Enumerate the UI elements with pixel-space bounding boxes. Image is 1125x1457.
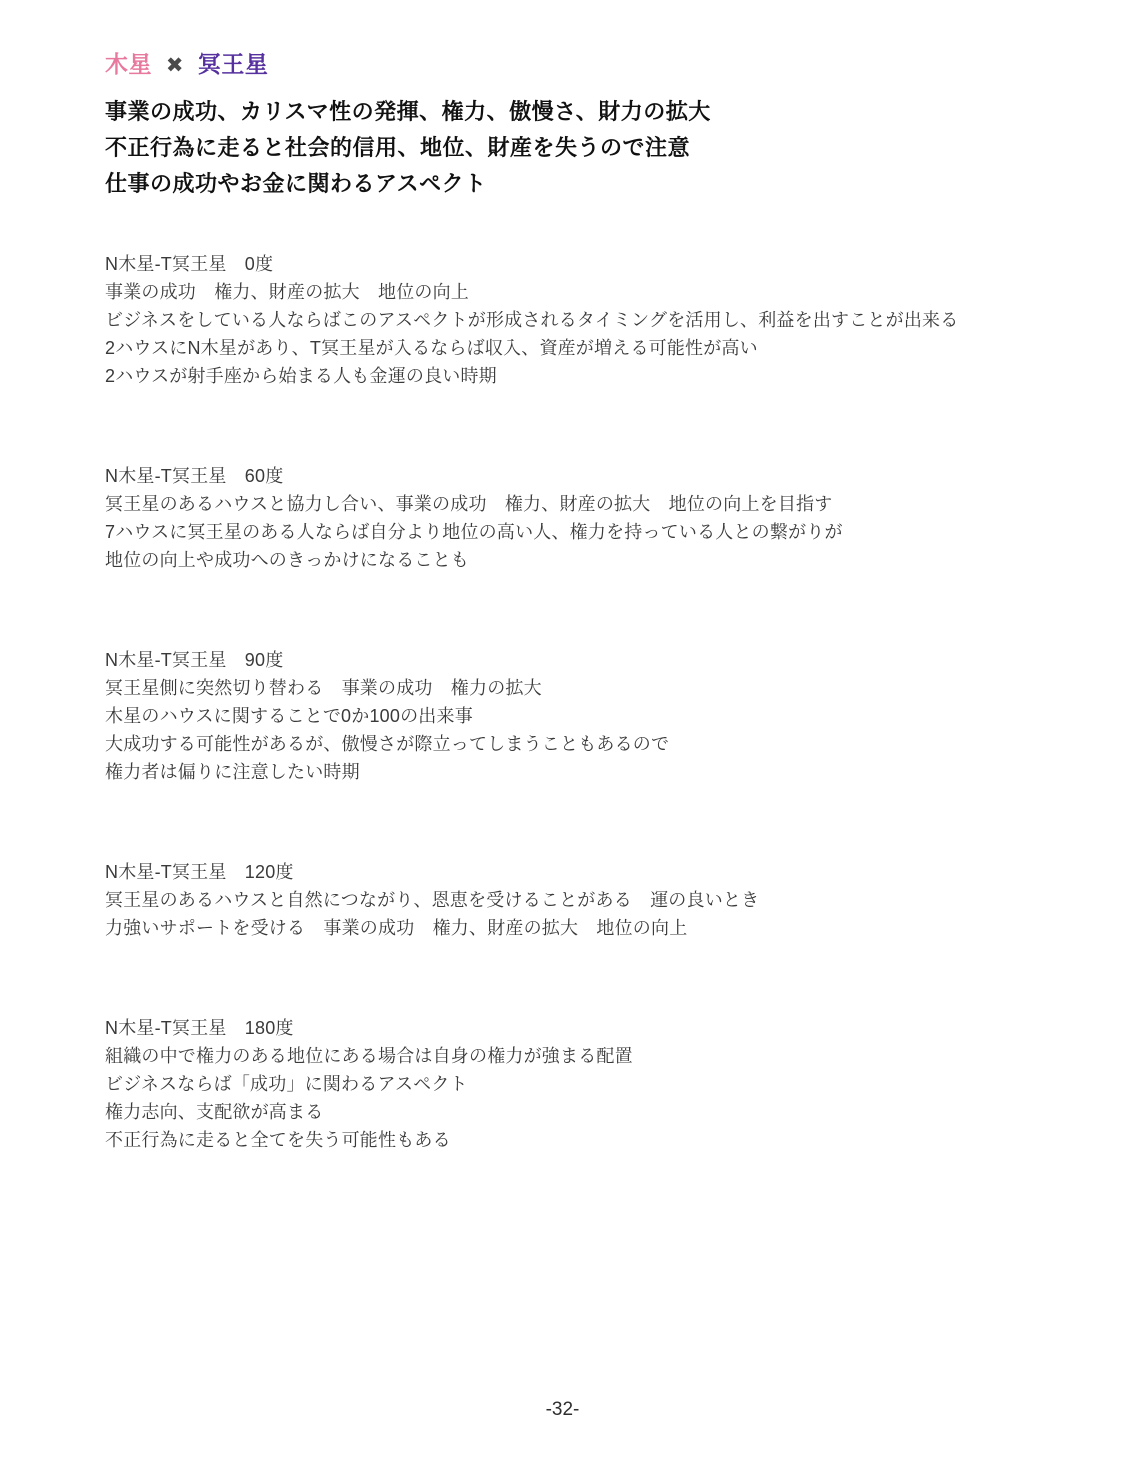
aspect-section-0deg: N木星-T冥王星 0度 事業の成功 権力、財産の拡大 地位の向上 ビジネスをして…: [105, 250, 1020, 390]
summary-block: 事業の成功、カリスマ性の発揮、権力、傲慢さ、財力の拡大 不正行為に走ると社会的信…: [105, 94, 1020, 202]
section-line: 冥王星側に突然切り替わる 事業の成功 権力の拡大: [105, 674, 1020, 702]
page-number: -32-: [546, 1399, 580, 1420]
aspect-section-60deg: N木星-T冥王星 60度 冥王星のあるハウスと協力し合い、事業の成功 権力、財産…: [105, 462, 1020, 574]
section-line: 2ハウスが射手座から始まる人も金運の良い時期: [105, 362, 1020, 390]
page-title: 木星 ✖ 冥王星: [105, 50, 1020, 80]
section-line: 冥王星のあるハウスと自然につながり、恩恵を受けることがある 運の良いとき: [105, 886, 1020, 914]
section-line: 大成功する可能性があるが、傲慢さが際立ってしまうこともあるので: [105, 730, 1020, 758]
document-page: 木星 ✖ 冥王星 事業の成功、カリスマ性の発揮、権力、傲慢さ、財力の拡大 不正行…: [0, 0, 1125, 1457]
section-line: 権力者は偏りに注意したい時期: [105, 758, 1020, 786]
section-heading: N木星-T冥王星 0度: [105, 250, 1020, 278]
section-line: 冥王星のあるハウスと協力し合い、事業の成功 権力、財産の拡大 地位の向上を目指す: [105, 490, 1020, 518]
section-line: ビジネスならば「成功」に関わるアスペクト: [105, 1070, 1020, 1098]
section-line: 組織の中で権力のある地位にある場合は自身の権力が強まる配置: [105, 1042, 1020, 1070]
section-line: 地位の向上や成功へのきっかけになることも: [105, 546, 1020, 574]
section-heading: N木星-T冥王星 90度: [105, 646, 1020, 674]
cross-icon: ✖: [166, 54, 184, 77]
aspect-section-90deg: N木星-T冥王星 90度 冥王星側に突然切り替わる 事業の成功 権力の拡大 木星…: [105, 646, 1020, 786]
summary-line: 事業の成功、カリスマ性の発揮、権力、傲慢さ、財力の拡大: [105, 94, 1020, 130]
section-line: 事業の成功 権力、財産の拡大 地位の向上: [105, 278, 1020, 306]
summary-line: 仕事の成功やお金に関わるアスペクト: [105, 166, 1020, 202]
aspect-sections: N木星-T冥王星 0度 事業の成功 権力、財産の拡大 地位の向上 ビジネスをして…: [105, 250, 1020, 1154]
section-heading: N木星-T冥王星 180度: [105, 1014, 1020, 1042]
summary-line: 不正行為に走ると社会的信用、地位、財産を失うので注意: [105, 130, 1020, 166]
section-heading: N木星-T冥王星 60度: [105, 462, 1020, 490]
section-line: 権力志向、支配欲が高まる: [105, 1098, 1020, 1126]
section-line: 2ハウスにN木星があり、T冥王星が入るならば収入、資産が増える可能性が高い: [105, 334, 1020, 362]
pluto-label: 冥王星: [198, 51, 269, 77]
aspect-section-120deg: N木星-T冥王星 120度 冥王星のあるハウスと自然につながり、恩恵を受けること…: [105, 858, 1020, 942]
section-line: ビジネスをしている人ならばこのアスペクトが形成されるタイミングを活用し、利益を出…: [105, 306, 1020, 334]
jupiter-label: 木星: [105, 51, 152, 77]
section-line: 不正行為に走ると全てを失う可能性もある: [105, 1126, 1020, 1154]
section-line: 7ハウスに冥王星のある人ならば自分より地位の高い人、権力を持っている人との繋がり…: [105, 518, 1020, 546]
section-heading: N木星-T冥王星 120度: [105, 858, 1020, 886]
section-line: 木星のハウスに関することで0か100の出来事: [105, 702, 1020, 730]
page-footer: -32-: [0, 1399, 1125, 1421]
aspect-section-180deg: N木星-T冥王星 180度 組織の中で権力のある地位にある場合は自身の権力が強ま…: [105, 1014, 1020, 1154]
section-line: 力強いサポートを受ける 事業の成功 権力、財産の拡大 地位の向上: [105, 914, 1020, 942]
